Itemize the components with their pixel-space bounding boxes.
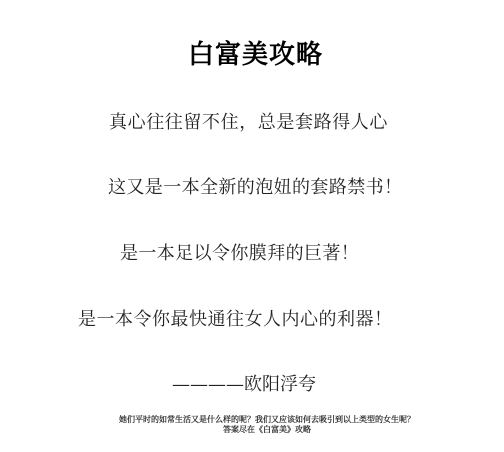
tagline-2: 这又是一本全新的泡妞的套路禁书！ <box>108 173 402 199</box>
tagline-3: 是一本足以令你膜拜的巨著！ <box>120 239 359 265</box>
tagline-4: 是一本令你最快通往女人内心的利器！ <box>78 305 393 331</box>
tagline-1: 真心往往留不住，总是套路得人心 <box>109 108 388 134</box>
page-title: 白富美攻略 <box>188 34 323 71</box>
author-signature: ————欧阳浮夸 <box>172 370 316 396</box>
footer-question: 她们平时的如常生活又是什么样的呢？我们又应该如何去吸引到以上类型的女生呢？ <box>0 415 504 425</box>
footer-answer: 答案尽在《白富美》攻略 <box>0 425 504 435</box>
